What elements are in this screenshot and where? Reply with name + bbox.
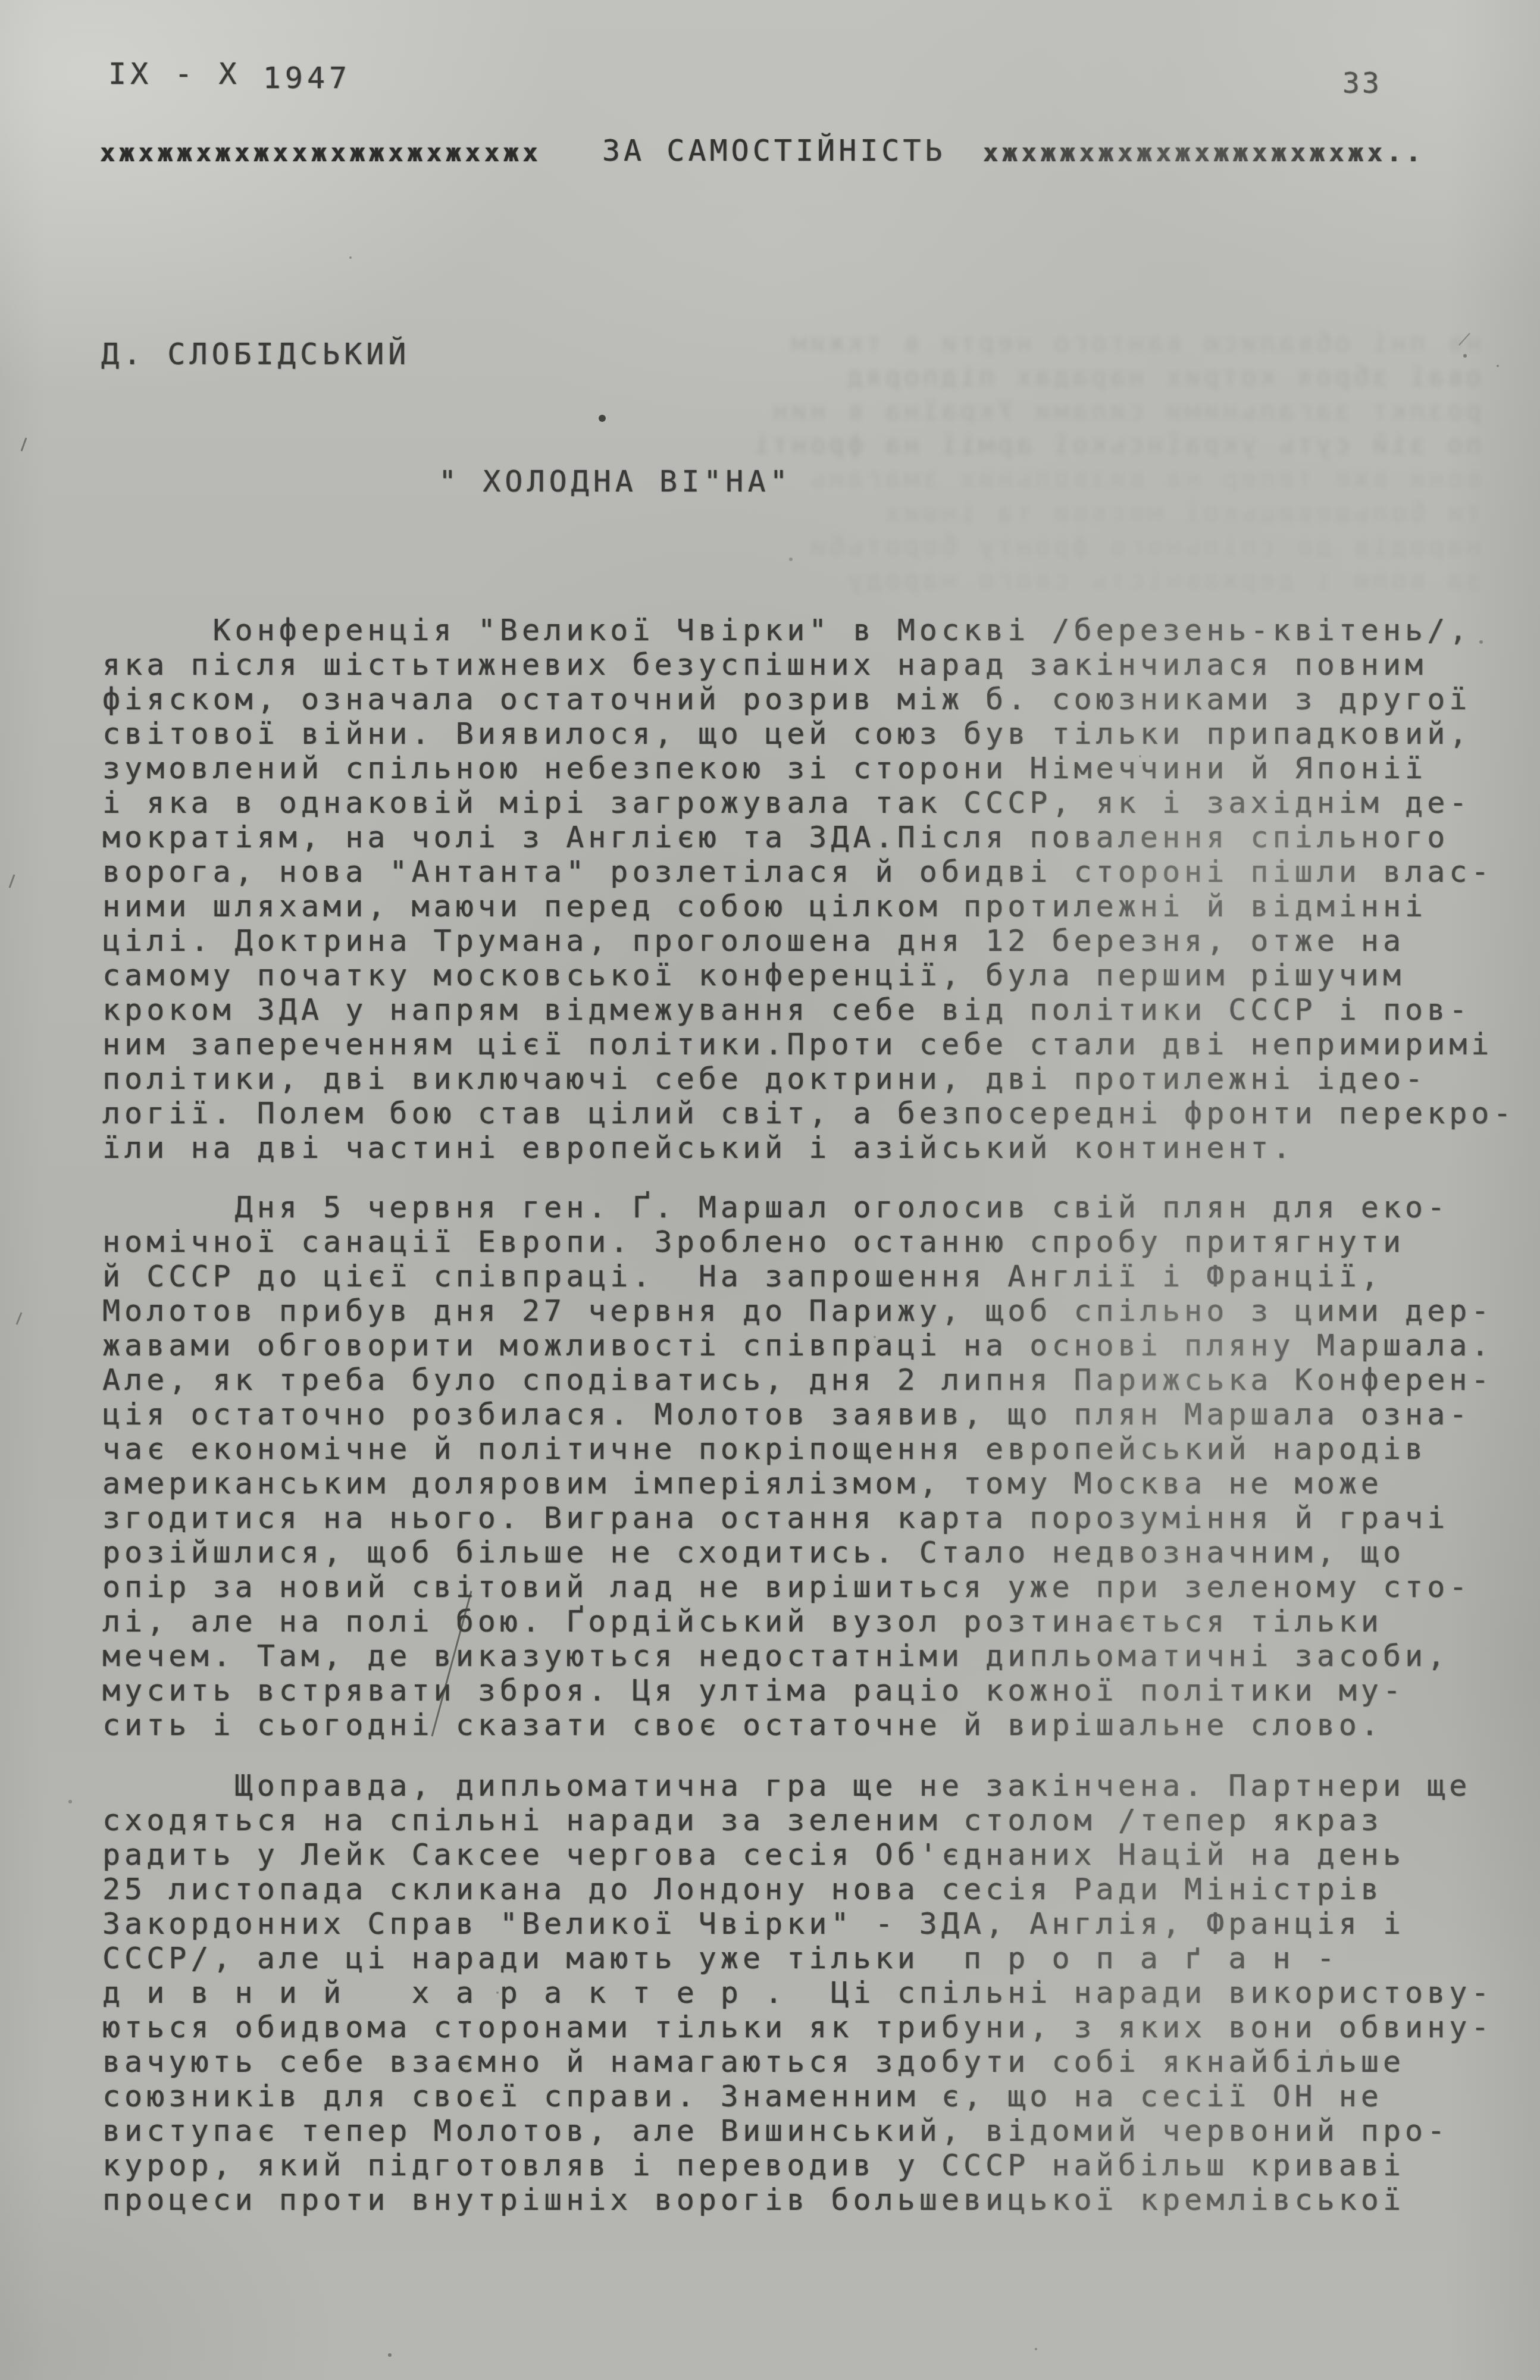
bleedthrough-line: нв пні обвалисю вантого нерти в ткжим <box>613 326 1482 360</box>
article-title: " ХОЛОДНА ВІ"НА" <box>439 464 792 499</box>
bleedthrough-line: за волю і державність свого народу <box>613 563 1482 597</box>
masthead-left-strikeout: хжхжжхжхжххжхжжхжхжххжх <box>100 138 542 167</box>
paragraph-1: Конференція "Великої Чвірки" в Москві /б… <box>102 613 1516 1165</box>
paragraph-3: Щоправда, дипльоматична гра ще не закінч… <box>102 1768 1493 2217</box>
bleedthrough-line: розлкт загальними силами Україна в нин <box>613 394 1482 428</box>
issue-volume: IX - X <box>108 57 241 91</box>
bleedthrough-line: народів до спільного фронту боротьби <box>613 530 1482 563</box>
page-number: 33 <box>1342 67 1382 100</box>
author-byline: Д. СЛОБІДСЬКИЙ <box>101 337 410 371</box>
masthead-title: ЗА САМОСТІЙНІСТЬ <box>602 133 946 168</box>
paragraph-2: Дня 5 червня ген. Ґ. Маршал оголосив сві… <box>102 1190 1493 1742</box>
bleedthrough-line: ти большевицької москви та інших <box>613 496 1482 530</box>
bleedthrough-line: оваї зброя котрих нарадах підпоряд <box>613 360 1482 394</box>
masthead-right-strikeout: хжхжжхжхжхжхжжхжхжхжх.. <box>983 138 1425 167</box>
bleedthrough-text: нв пні обвалисю вантого нерти в ткжимова… <box>613 326 1482 597</box>
issue-date: IX - X 1947 <box>108 57 351 91</box>
issue-year: 1947 <box>263 61 351 95</box>
bleedthrough-line: по зій суть української армії на фронті <box>613 428 1482 462</box>
scanned-document-page: нв пні обвалисю вантого нерти в ткжимова… <box>0 0 1540 2380</box>
